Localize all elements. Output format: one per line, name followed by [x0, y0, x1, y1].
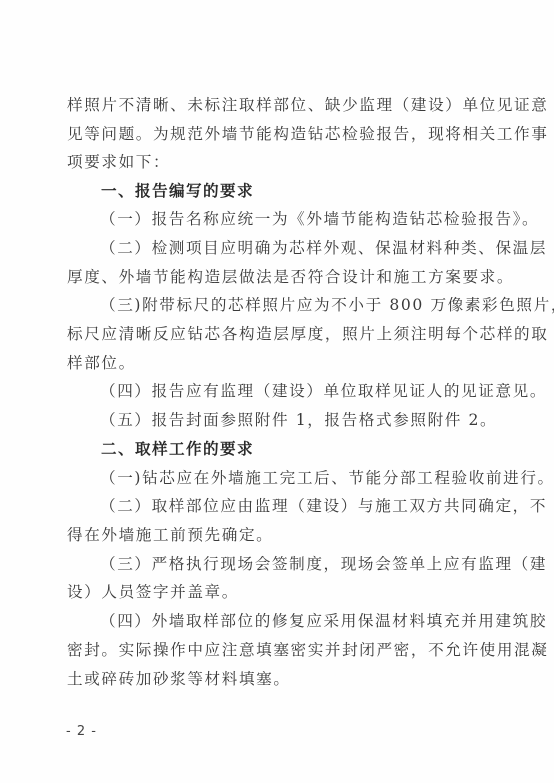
- body-line: 见等问题。为规范外墙节能构造钻芯检验报告，现将相关工作事: [67, 120, 487, 148]
- paragraph-line: （一)钻芯应在外墙施工完工后、节能分部工程验收前进行。: [100, 464, 490, 492]
- paragraph-line: （四）报告应有监理（建设）单位取样见证人的见证意见。: [100, 377, 490, 405]
- section-heading: 二、取样工作的要求: [101, 435, 521, 463]
- body-line: 密封。实际操作中应注意填塞密实并封闭严密，不允许使用混凝: [67, 636, 487, 664]
- body-line: 土或碎砖加砂浆等材料填塞。: [67, 665, 487, 693]
- body-line: 得在外墙施工前预先确定。: [67, 521, 487, 549]
- page-number: - 2 -: [66, 724, 97, 739]
- paragraph-line: （二）取样部位应由监理（建设）与施工双方共同确定，不: [100, 492, 490, 520]
- paragraph-line: （四）外墙取样部位的修复应采用保温材料填充并用建筑胶: [100, 607, 490, 635]
- body-line: 厚度、外墙节能构造层做法是否符合设计和施工方案要求。: [67, 263, 487, 291]
- paragraph-line: （三)附带标尺的芯样照片应为不小于 800 万像素彩色照片，: [100, 291, 490, 319]
- body-line: 设）人员签字并盖章。: [67, 578, 487, 606]
- body-line: 标尺应清晰反应钻芯各构造层厚度，照片上须注明每个芯样的取: [67, 320, 487, 348]
- body-line: 样部位。: [67, 349, 487, 377]
- section-heading: 一、报告编写的要求: [101, 177, 521, 205]
- paragraph-line: （三）严格执行现场会签制度，现场会签单上应有监理（建: [100, 550, 490, 578]
- paragraph-line: （一）报告名称应统一为《外墙节能构造钻芯检验报告》。: [100, 205, 490, 233]
- paragraph-line: （五）报告封面参照附件 1，报告格式参照附件 2。: [100, 406, 490, 434]
- body-line: 样照片不清晰、未标注取样部位、缺少监理（建设）单位见证意: [67, 91, 487, 119]
- paragraph-line: （二）检测项目应明确为芯样外观、保温材料种类、保温层: [100, 234, 490, 262]
- document-page: 样照片不清晰、未标注取样部位、缺少监理（建设）单位见证意 见等问题。为规范外墙节…: [0, 0, 554, 783]
- body-line: 项要求如下：: [67, 148, 487, 176]
